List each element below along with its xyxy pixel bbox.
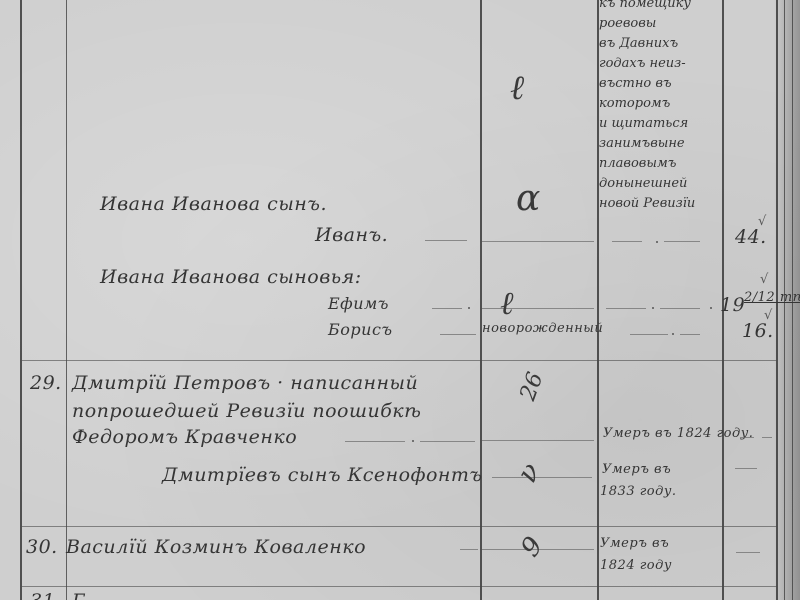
entry-line: Федоромъ Кравченко [72,426,297,448]
remark-line: плавовымъ [599,154,721,174]
person-name: Ефимъ [328,294,389,313]
leader-dash [736,552,760,553]
leader-dash [762,437,772,438]
row-rule-30 [22,526,777,527]
leader-dash [460,549,478,550]
leader-dot [710,307,712,309]
entry-name: Василїй Козминъ Коваленко [66,536,366,558]
check-mark: √ [758,214,766,229]
death-note-line: 1824 году [600,558,672,573]
leader-dot [672,333,674,335]
remark-line: годахъ неиз- [599,54,721,74]
death-note: Умеръ въ 1824 году. [603,426,753,441]
family-heading: Ивана Иванова сынъ. [100,193,327,215]
leader-dash [612,241,642,242]
row-rule-31 [22,586,777,587]
death-note-line: Умеръ въ [600,536,669,551]
remark-line: которомъ [599,94,721,114]
entry-number: 29. [30,372,62,394]
age-mark-glyph: 9 [515,532,549,563]
leader-dash [425,240,467,241]
remark-line: донынешней [599,174,721,194]
remark-line: и щитаться [599,114,721,134]
remark-line: къ помещику [599,0,721,14]
remark-line: новой Ревизїи [599,194,721,214]
leader-dash [680,334,700,335]
age-value: 44. [735,226,767,248]
leader-dash [740,437,754,438]
age-mark-glyph: ν [510,457,547,488]
age-value: 16. [742,320,774,342]
leader-dash [482,308,594,309]
age-mark-glyph: 26 [515,369,548,404]
note-newborn: новорожденный [482,321,603,336]
remark-line: въ Давнихъ [599,34,721,54]
remark-line: занимъвыне [599,134,721,154]
column-rule-number [66,0,67,600]
entry-name-partial: Г… [72,590,105,600]
leader-dash [664,241,700,242]
family-heading: Ивана Иванова сыновья: [100,266,362,288]
entry-line: Дмитрїй Петровъ · написанный [72,372,418,394]
entry-number: 30. [26,536,58,558]
person-name: Иванъ. [315,224,388,246]
death-note-line: 1833 году. [600,484,677,499]
remark-line: въстно въ [599,74,721,94]
check-mark: √ [764,308,772,323]
register-page: къ помещику роевовы въ Давнихъ годахъ не… [0,0,800,600]
leader-dash [482,241,594,242]
column-rule-left-margin [20,0,22,600]
entry-line: попрошедшей Ревизїи поошибкѣ [72,400,421,422]
leader-dash [735,468,757,469]
leader-dot [412,440,414,442]
remarks-block-top: къ помещику роевовы въ Давнихъ годахъ не… [599,0,721,214]
leader-dash [420,441,475,442]
row-rule-29 [22,360,777,361]
entry-number: 31. [30,590,62,600]
leader-dash [660,308,700,309]
leader-dash [345,441,405,442]
leader-dot [656,241,658,243]
age-mark-glyph: ℓ [510,68,524,108]
remark-line: роевовы [599,14,721,34]
leader-dot [652,307,654,309]
age-mark-glyph: ℓ [500,284,513,322]
leader-dash [440,334,476,335]
person-name: Борисъ [328,320,393,339]
leader-dot [468,307,470,309]
age-value: 19 [720,294,745,316]
leader-dash [432,308,462,309]
age-mark-glyph: ɑ [516,178,540,219]
check-mark: √ [760,272,768,287]
age-fraction: 2/12 mѣс. [744,290,800,305]
column-rule-names [480,0,482,600]
leader-dash [630,334,668,335]
death-note-line: Умеръ въ [602,462,671,477]
leader-dash [606,308,646,309]
leader-dash [482,440,594,441]
child-name: Дмитрїевъ сынъ Ксенофонтъ [162,464,483,486]
